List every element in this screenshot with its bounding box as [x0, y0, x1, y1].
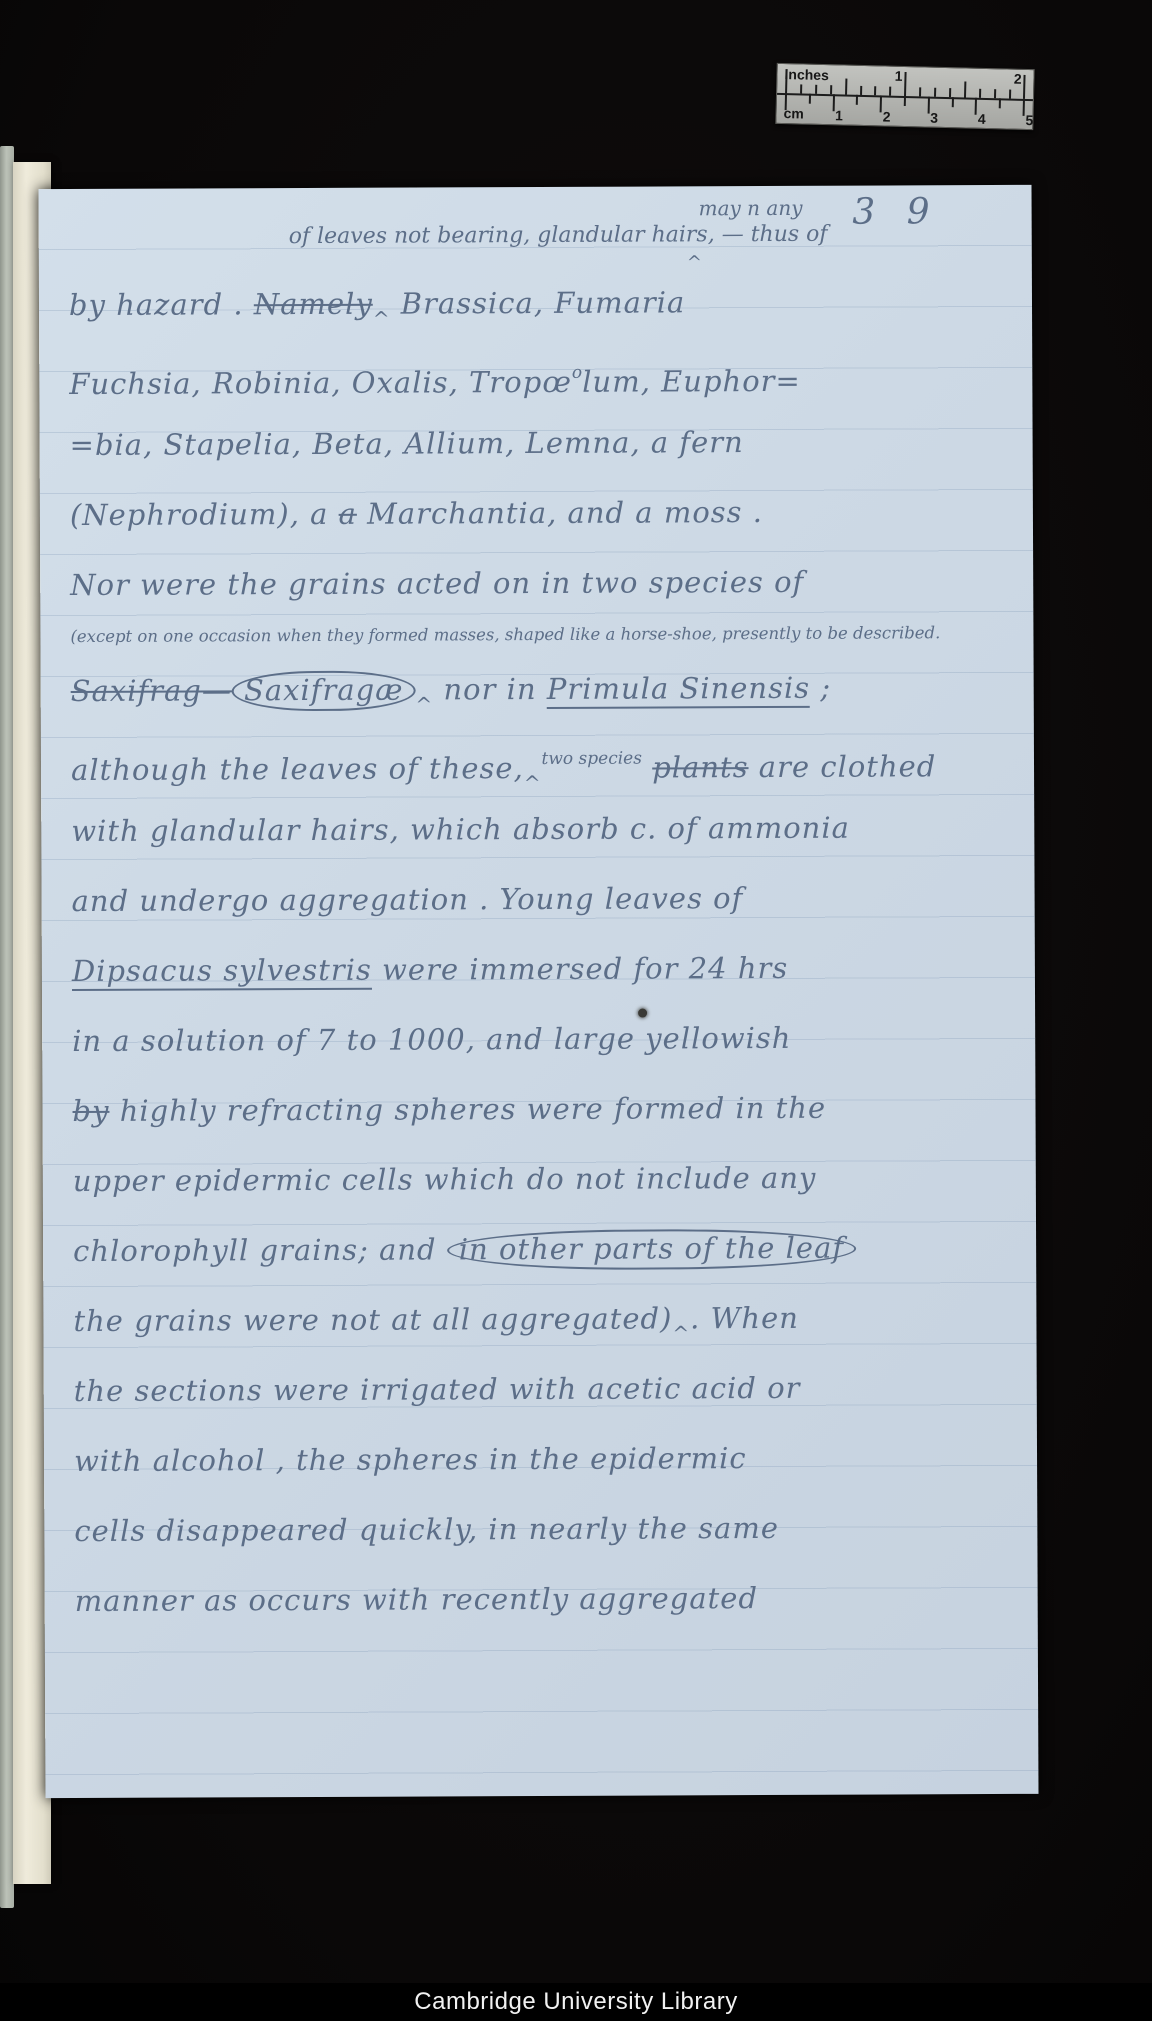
manuscript-line: manner as occurs with recently aggregate… — [75, 1565, 1020, 1639]
manuscript-page: 3 9 may n any of leaves not bearing, gla… — [38, 185, 1038, 1798]
manuscript-text-segment: Saxifragæ — [232, 671, 416, 712]
manuscript-text-segment: lum, Euphor= — [582, 364, 801, 399]
manuscript-text-segment: o — [572, 363, 582, 383]
manuscript-text-segment: (Nephrodium), a — [70, 497, 339, 532]
ruler-inch-tick — [919, 87, 921, 96]
manuscript-text-segment: Dipsacus sylvestris — [72, 953, 372, 991]
manuscript-text-segment: Primula Sinensis — [547, 671, 810, 709]
ruler-cm-number: 3 — [930, 110, 938, 126]
manuscript-text-segment: Fuchsia, Robinia, Oxalis, Tropœ — [69, 365, 572, 401]
ruler-inch-tick — [934, 88, 936, 97]
page-number: 3 9 — [852, 191, 939, 232]
manuscript-text-segment: cells disappeared quickly, in nearly the… — [74, 1511, 779, 1548]
manuscript-text-segment: were immersed for 24 hrs — [372, 951, 789, 987]
manuscript-text-segment: the grains were not at all aggregated) — [73, 1301, 672, 1338]
manuscript-text-segment: ^ — [373, 307, 391, 331]
manuscript-text-segment: by hazard . — [69, 287, 254, 322]
manuscript-text-segment: the sections were irrigated with acetic … — [74, 1371, 801, 1408]
ruler-inch-tick — [874, 86, 876, 95]
ruler-inch-tick — [994, 89, 996, 98]
caption-bar: Cambridge University Library — [0, 1983, 1152, 2021]
manuscript-text-segment: and undergo aggregation . Young leaves o… — [72, 881, 744, 918]
manuscript-text-segment: ^ — [524, 771, 542, 795]
ruler-inch-tick — [800, 84, 802, 93]
book-spine-edge — [0, 146, 14, 1908]
manuscript-line: by highly refracting spheres were formed… — [72, 1075, 1017, 1149]
ruler-inch-tick — [1023, 75, 1026, 99]
ruler-cm-number: 1 — [835, 107, 843, 123]
manuscript-line: (except on one occasion when they formed… — [70, 619, 1015, 659]
ink-blot — [638, 1009, 647, 1018]
manuscript-text-segment: =bia, Stapelia, Beta, Allium, Lemna, a f… — [70, 425, 744, 462]
manuscript-line: Fuchsia, Robinia, Oxalis, Tropœolum, Eup… — [69, 339, 1014, 413]
manuscript-text-segment: although the leaves of these, — [71, 751, 524, 787]
ruler-inch-tick — [1008, 90, 1010, 99]
ruler-inch-tick — [979, 89, 981, 98]
manuscript-text-segment: Brassica, Fumaria — [390, 285, 685, 320]
manuscript-text-segment: a — [339, 497, 357, 531]
manuscript-line: although the leaves of these,^two specie… — [71, 725, 1016, 799]
manuscript-text-segment: nor in — [433, 672, 547, 706]
ruler-cm-tick — [999, 98, 1001, 108]
manuscript-text-segment: with glandular hairs, which absorb c. of… — [71, 811, 850, 848]
manuscript-lines: by hazard . Namely^ Brassica, FumariaFuc… — [69, 269, 1020, 1639]
manuscript-line: and undergo aggregation . Young leaves o… — [71, 865, 1016, 939]
interlinear-insertion-small: may n any — [699, 196, 803, 220]
ruler-inch-tick — [949, 88, 951, 97]
manuscript-text-segment — [642, 751, 652, 785]
ruler-cm-tick — [809, 94, 811, 104]
manuscript-text-segment: manner as occurs with recently aggregate… — [75, 1581, 758, 1618]
manuscript-text-segment: with alcohol , the spheres in the epider… — [74, 1441, 747, 1478]
ruler-inch-tick — [815, 85, 817, 94]
manuscript-line: by hazard . Namely^ Brassica, Fumaria — [69, 269, 1014, 343]
measurement-ruler: Inches cm 1212345 — [775, 63, 1034, 130]
manuscript-text-segment: highly refracting spheres were formed in… — [109, 1091, 826, 1128]
ruler-inch-number: 1 — [894, 68, 902, 84]
ruler-cm-tick — [785, 93, 787, 110]
manuscript-line: with glandular hairs, which absorb c. of… — [71, 795, 1016, 869]
ruler-inch-tick — [860, 86, 862, 95]
manuscript-line: Dipsacus sylvestris were immersed for 24… — [72, 935, 1017, 1009]
ruler-cm-number: 2 — [882, 108, 890, 124]
ruler-inch-tick — [785, 69, 788, 93]
manuscript-text-segment: Saxifrag— — [71, 673, 232, 708]
manuscript-text-segment: ^ — [672, 1321, 690, 1345]
ruler-cm-number: 4 — [978, 111, 986, 127]
ruler-inch-tick — [830, 85, 832, 94]
ruler-inch-number: 2 — [1014, 71, 1022, 87]
manuscript-line: in a solution of 7 to 1000, and large ye… — [72, 1005, 1017, 1079]
manuscript-text-segment: upper epidermic cells which do not inclu… — [73, 1161, 817, 1198]
ruler-cm-tick — [951, 97, 953, 107]
manuscript-text-segment: Nor were the grains acted on in two spec… — [70, 565, 804, 602]
photo-background: Inches cm 1212345 3 9 may n any of leave… — [0, 0, 1152, 2021]
manuscript-text-segment: ; — [810, 671, 831, 705]
manuscript-line: chlorophyll grains; and in other parts o… — [73, 1215, 1018, 1289]
manuscript-line: upper epidermic cells which do not inclu… — [73, 1145, 1018, 1219]
manuscript-text-segment: by — [72, 1094, 109, 1128]
manuscript-text-segment: . When — [690, 1301, 799, 1335]
manuscript-text-segment: in other parts of the leaf — [447, 1229, 856, 1271]
ruler-inch-tick — [904, 72, 907, 96]
ruler-inch-tick — [845, 79, 847, 95]
manuscript-line: the grains were not at all aggregated)^.… — [73, 1285, 1018, 1359]
ruler-inches-label: Inches — [784, 66, 829, 83]
manuscript-line: the sections were irrigated with acetic … — [74, 1355, 1019, 1429]
manuscript-line: cells disappeared quickly, in nearly the… — [74, 1495, 1019, 1569]
manuscript-text-segment: two species — [541, 749, 642, 769]
ruler-inch-tick — [889, 87, 891, 96]
manuscript-text-segment: plants — [652, 750, 748, 784]
manuscript-text-segment: (except on one occasion when they formed… — [70, 623, 940, 646]
ruler-cm-tick — [904, 96, 906, 106]
manuscript-text-segment: Namely — [254, 287, 373, 322]
ruler-cm-tick — [856, 95, 858, 105]
manuscript-line: Nor were the grains acted on in two spec… — [70, 549, 1015, 623]
ruler-cm-tick — [832, 94, 834, 111]
manuscript-text-segment: ^ — [415, 692, 433, 716]
manuscript-text-segment: in a solution of 7 to 1000, and large ye… — [72, 1021, 791, 1058]
manuscript-line: with alcohol , the spheres in the epider… — [74, 1425, 1019, 1499]
library-caption: Cambridge University Library — [414, 1988, 737, 2016]
ruler-inch-tick — [964, 81, 966, 97]
manuscript-text-segment: chlorophyll grains; and — [73, 1232, 447, 1268]
manuscript-line: =bia, Stapelia, Beta, Allium, Lemna, a f… — [69, 409, 1014, 483]
manuscript-text-segment: Marchantia, and a moss . — [357, 495, 763, 531]
interlinear-insertion: of leaves not bearing, glandular hairs, … — [289, 222, 828, 249]
manuscript-text-segment: are clothed — [748, 749, 936, 784]
ruler-cm-number: 5 — [1025, 112, 1033, 128]
manuscript-line: Saxifrag—Saxifragæ^ nor in Primula Sinen… — [71, 655, 1016, 729]
manuscript-line: (Nephrodium), a a Marchantia, and a moss… — [70, 479, 1015, 553]
